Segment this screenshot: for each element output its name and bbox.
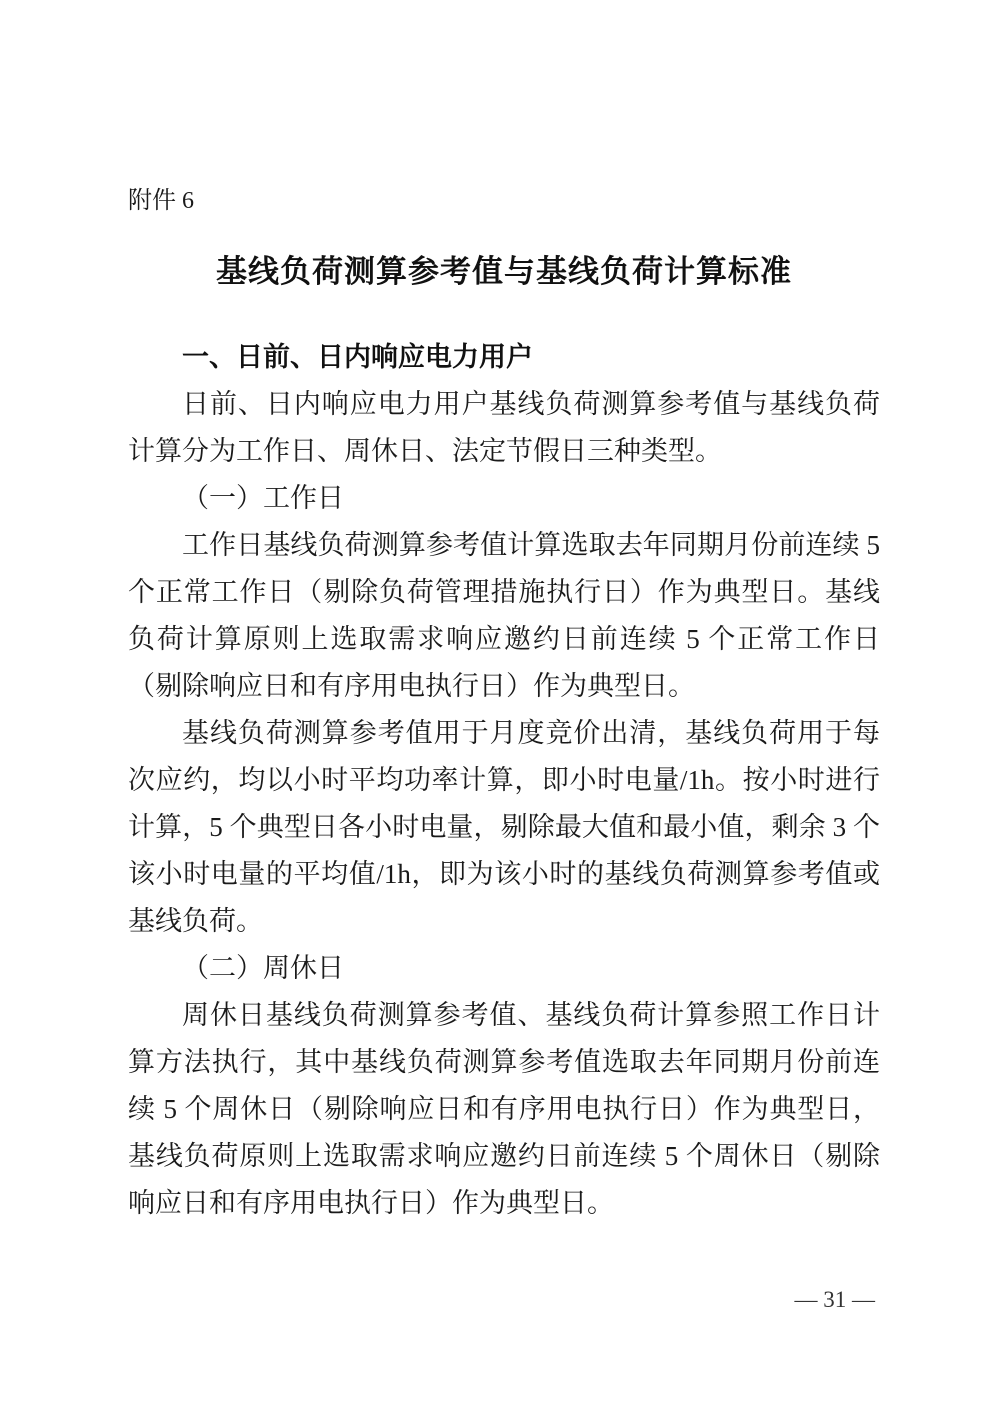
subsection-heading-weekend: （二）周休日	[128, 945, 880, 992]
workday-paragraph-1: 工作日基线负荷测算参考值计算选取去年同期月份前连续 5 个正常工作日（剔除负荷管…	[128, 522, 880, 710]
subsection-heading-workday: （一）工作日	[128, 475, 880, 522]
page-footer: — 31 —	[795, 1285, 876, 1315]
page-number: — 31 —	[795, 1287, 876, 1312]
document-page: 附件 6 基线负荷测算参考值与基线负荷计算标准 一、日前、日内响应电力用户 日前…	[0, 0, 1000, 1414]
workday-paragraph-2: 基线负荷测算参考值用于月度竞价出清，基线负荷用于每次应约，均以小时平均功率计算，…	[128, 710, 880, 945]
section-1-intro-paragraph: 日前、日内响应电力用户基线负荷测算参考值与基线负荷计算分为工作日、周休日、法定节…	[128, 381, 880, 475]
section-heading-1: 一、日前、日内响应电力用户	[128, 334, 880, 381]
document-title: 基线负荷测算参考值与基线负荷计算标准	[128, 252, 880, 292]
weekend-paragraph-1: 周休日基线负荷测算参考值、基线负荷计算参照工作日计算方法执行，其中基线负荷测算参…	[128, 992, 880, 1227]
attachment-label: 附件 6	[128, 186, 880, 216]
